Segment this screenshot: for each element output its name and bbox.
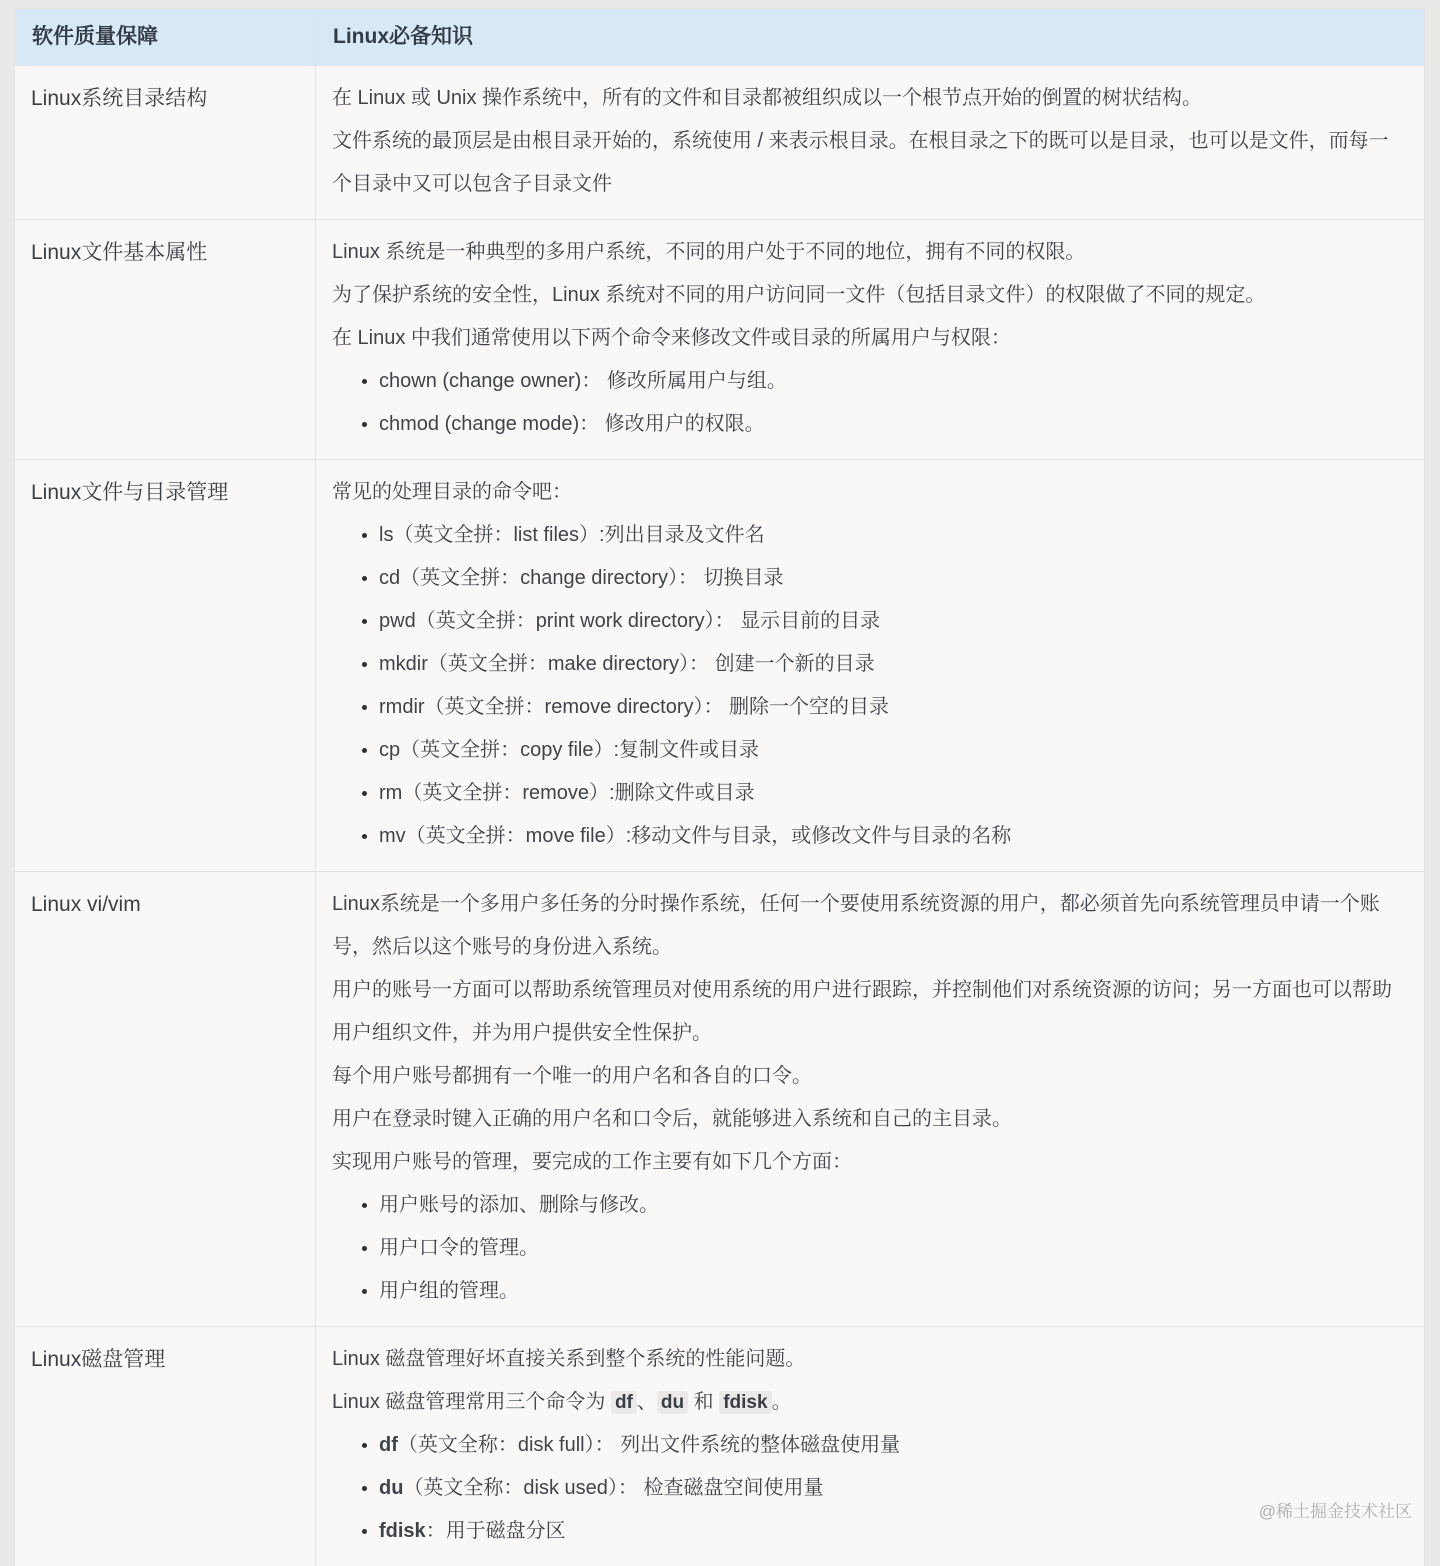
- paragraph: 为了保护系统的安全性，Linux 系统对不同的用户访问同一文件（包括目录文件）的…: [332, 274, 1408, 317]
- row-title: Linux vi/vim: [15, 872, 316, 1327]
- bullet-list: 用户账号的添加、删除与修改。用户口令的管理。用户组的管理。: [332, 1184, 1408, 1313]
- header-cell-linux-knowledge: Linux必备知识: [316, 9, 1425, 66]
- row-content: 在 Linux 或 Unix 操作系统中，所有的文件和目录都被组织成以一个根节点…: [316, 66, 1425, 220]
- bullet-item: fdisk：用于磁盘分区: [379, 1510, 1408, 1553]
- table-row: Linux文件与目录管理常见的处理目录的命令吧：ls（英文全拼：list fil…: [15, 460, 1425, 872]
- paragraph: Linux 磁盘管理常用三个命令为 df、du 和 fdisk。: [332, 1381, 1408, 1424]
- bold-text: fdisk: [379, 1520, 426, 1542]
- bullet-item: ls（英文全拼：list files）:列出目录及文件名: [379, 514, 1408, 557]
- paragraph: 在 Linux 中我们通常使用以下两个命令来修改文件或目录的所属用户与权限：: [332, 317, 1408, 360]
- row-content: Linux系统是一个多用户多任务的分时操作系统，任何一个要使用系统资源的用户，都…: [316, 872, 1425, 1327]
- bullet-item: cp（英文全拼：copy file）:复制文件或目录: [379, 729, 1408, 772]
- text-segment: 在 Linux 中我们通常使用以下两个命令来修改文件或目录的所属用户与权限：: [332, 327, 1011, 349]
- bullet-item: du（英文全称：disk used）： 检查磁盘空间使用量: [379, 1467, 1408, 1510]
- row-title: Linux文件与目录管理: [15, 460, 316, 872]
- paragraph: Linux 系统是一种典型的多用户系统，不同的用户处于不同的地位，拥有不同的权限…: [332, 231, 1408, 274]
- text-segment: rmdir（英文全拼：remove directory）： 删除一个空的目录: [379, 696, 889, 718]
- paragraph: 常见的处理目录的命令吧：: [332, 471, 1408, 514]
- text-segment: rm（英文全拼：remove）:删除文件或目录: [379, 782, 755, 804]
- text-segment: Linux 磁盘管理好坏直接关系到整个系统的性能问题。: [332, 1348, 805, 1370]
- paragraph: 用户的账号一方面可以帮助系统管理员对使用系统的用户进行跟踪，并控制他们对系统资源…: [332, 969, 1408, 1055]
- bullet-list: chown (change owner)： 修改所属用户与组。chmod (ch…: [332, 360, 1408, 446]
- text-segment: 每个用户账号都拥有一个唯一的用户名和各自的口令。: [332, 1065, 812, 1087]
- bullet-list: ls（英文全拼：list files）:列出目录及文件名cd（英文全拼：chan…: [332, 514, 1408, 858]
- text-segment: Linux系统是一个多用户多任务的分时操作系统，任何一个要使用系统资源的用户，都…: [332, 893, 1380, 958]
- page: 软件质量保障 Linux必备知识 Linux系统目录结构在 Linux 或 Un…: [0, 0, 1440, 1566]
- text-segment: cd（英文全拼：change directory）： 切换目录: [379, 567, 784, 589]
- text-segment: ls（英文全拼：list files）:列出目录及文件名: [379, 524, 765, 546]
- paragraph: 实现用户账号的管理，要完成的工作主要有如下几个方面：: [332, 1141, 1408, 1184]
- bullet-item: rm（英文全拼：remove）:删除文件或目录: [379, 772, 1408, 815]
- text-segment: 用户组的管理。: [379, 1280, 519, 1302]
- table-body: Linux系统目录结构在 Linux 或 Unix 操作系统中，所有的文件和目录…: [15, 66, 1425, 1566]
- inline-code: du: [657, 1391, 688, 1414]
- text-segment: Linux 磁盘管理常用三个命令为: [332, 1391, 611, 1413]
- table-row: Linux磁盘管理Linux 磁盘管理好坏直接关系到整个系统的性能问题。Linu…: [15, 1327, 1425, 1566]
- text-segment: 用户的账号一方面可以帮助系统管理员对使用系统的用户进行跟踪，并控制他们对系统资源…: [332, 979, 1392, 1044]
- text-segment: cp（英文全拼：copy file）:复制文件或目录: [379, 739, 759, 761]
- text-segment: 常见的处理目录的命令吧：: [332, 481, 572, 503]
- text-segment: 为了保护系统的安全性，Linux 系统对不同的用户访问同一文件（包括目录文件）的…: [332, 284, 1265, 306]
- header-row: 软件质量保障 Linux必备知识: [15, 9, 1425, 66]
- row-title: Linux系统目录结构: [15, 66, 316, 220]
- paragraph: 在 Linux 或 Unix 操作系统中，所有的文件和目录都被组织成以一个根节点…: [332, 77, 1408, 120]
- bold-text: du: [379, 1477, 403, 1499]
- paragraph: Linux系统是一个多用户多任务的分时操作系统，任何一个要使用系统资源的用户，都…: [332, 883, 1408, 969]
- row-content: 常见的处理目录的命令吧：ls（英文全拼：list files）:列出目录及文件名…: [316, 460, 1425, 872]
- text-segment: pwd（英文全拼：print work directory）： 显示目前的目录: [379, 610, 880, 632]
- bullet-item: cd（英文全拼：change directory）： 切换目录: [379, 557, 1408, 600]
- paragraph: 用户在登录时键入正确的用户名和口令后，就能够进入系统和自己的主目录。: [332, 1098, 1408, 1141]
- linux-knowledge-table: 软件质量保障 Linux必备知识 Linux系统目录结构在 Linux 或 Un…: [14, 8, 1425, 1566]
- text-segment: chown (change owner)： 修改所属用户与组。: [379, 370, 787, 392]
- text-segment: （英文全称：disk full）： 列出文件系统的整体磁盘使用量: [398, 1434, 900, 1456]
- watermark: @稀土掘金技术社区: [1259, 1501, 1412, 1523]
- paragraph: 每个用户账号都拥有一个唯一的用户名和各自的口令。: [332, 1055, 1408, 1098]
- bullet-item: rmdir（英文全拼：remove directory）： 删除一个空的目录: [379, 686, 1408, 729]
- bullet-item: 用户口令的管理。: [379, 1227, 1408, 1270]
- table-row: Linux文件基本属性Linux 系统是一种典型的多用户系统，不同的用户处于不同…: [15, 220, 1425, 460]
- table-header: 软件质量保障 Linux必备知识: [15, 9, 1425, 66]
- text-segment: 在 Linux 或 Unix 操作系统中，所有的文件和目录都被组织成以一个根节点…: [332, 87, 1202, 109]
- table-row: Linux系统目录结构在 Linux 或 Unix 操作系统中，所有的文件和目录…: [15, 66, 1425, 220]
- text-segment: 用户在登录时键入正确的用户名和口令后，就能够进入系统和自己的主目录。: [332, 1108, 1012, 1130]
- row-title: Linux文件基本属性: [15, 220, 316, 460]
- inline-code: fdisk: [719, 1391, 771, 1414]
- header-cell-software-qa: 软件质量保障: [15, 9, 316, 66]
- bullet-item: 用户组的管理。: [379, 1270, 1408, 1313]
- bullet-item: mkdir（英文全拼：make directory）： 创建一个新的目录: [379, 643, 1408, 686]
- row-content: Linux 系统是一种典型的多用户系统，不同的用户处于不同的地位，拥有不同的权限…: [316, 220, 1425, 460]
- text-segment: ：用于磁盘分区: [426, 1520, 566, 1542]
- text-segment: Linux 系统是一种典型的多用户系统，不同的用户处于不同的地位，拥有不同的权限…: [332, 241, 1085, 263]
- bullet-item: df（英文全称：disk full）： 列出文件系统的整体磁盘使用量: [379, 1424, 1408, 1467]
- text-segment: 实现用户账号的管理，要完成的工作主要有如下几个方面：: [332, 1151, 852, 1173]
- bullet-item: chown (change owner)： 修改所属用户与组。: [379, 360, 1408, 403]
- bullet-list: df（英文全称：disk full）： 列出文件系统的整体磁盘使用量du（英文全…: [332, 1424, 1408, 1553]
- text-segment: 。: [772, 1391, 792, 1413]
- text-segment: 文件系统的最顶层是由根目录开始的，系统使用 / 来表示根目录。在根目录之下的既可…: [332, 130, 1389, 195]
- row-content: Linux 磁盘管理好坏直接关系到整个系统的性能问题。Linux 磁盘管理常用三…: [316, 1327, 1425, 1566]
- bold-text: df: [379, 1434, 398, 1456]
- text-segment: chmod (change mode)： 修改用户的权限。: [379, 413, 765, 435]
- text-segment: 和: [688, 1391, 719, 1413]
- text-segment: 用户口令的管理。: [379, 1237, 539, 1259]
- bullet-item: chmod (change mode)： 修改用户的权限。: [379, 403, 1408, 446]
- bullet-item: pwd（英文全拼：print work directory）： 显示目前的目录: [379, 600, 1408, 643]
- paragraph: 文件系统的最顶层是由根目录开始的，系统使用 / 来表示根目录。在根目录之下的既可…: [332, 120, 1408, 206]
- text-segment: mkdir（英文全拼：make directory）： 创建一个新的目录: [379, 653, 875, 675]
- inline-code: df: [611, 1391, 637, 1414]
- text-segment: 用户账号的添加、删除与修改。: [379, 1194, 659, 1216]
- table-row: Linux vi/vimLinux系统是一个多用户多任务的分时操作系统，任何一个…: [15, 872, 1425, 1327]
- text-segment: 、: [637, 1391, 657, 1413]
- text-segment: mv（英文全拼：move file）:移动文件与目录，或修改文件与目录的名称: [379, 825, 1011, 847]
- bullet-item: 用户账号的添加、删除与修改。: [379, 1184, 1408, 1227]
- bullet-item: mv（英文全拼：move file）:移动文件与目录，或修改文件与目录的名称: [379, 815, 1408, 858]
- text-segment: （英文全称：disk used）： 检查磁盘空间使用量: [403, 1477, 823, 1499]
- row-title: Linux磁盘管理: [15, 1327, 316, 1566]
- paragraph: Linux 磁盘管理好坏直接关系到整个系统的性能问题。: [332, 1338, 1408, 1381]
